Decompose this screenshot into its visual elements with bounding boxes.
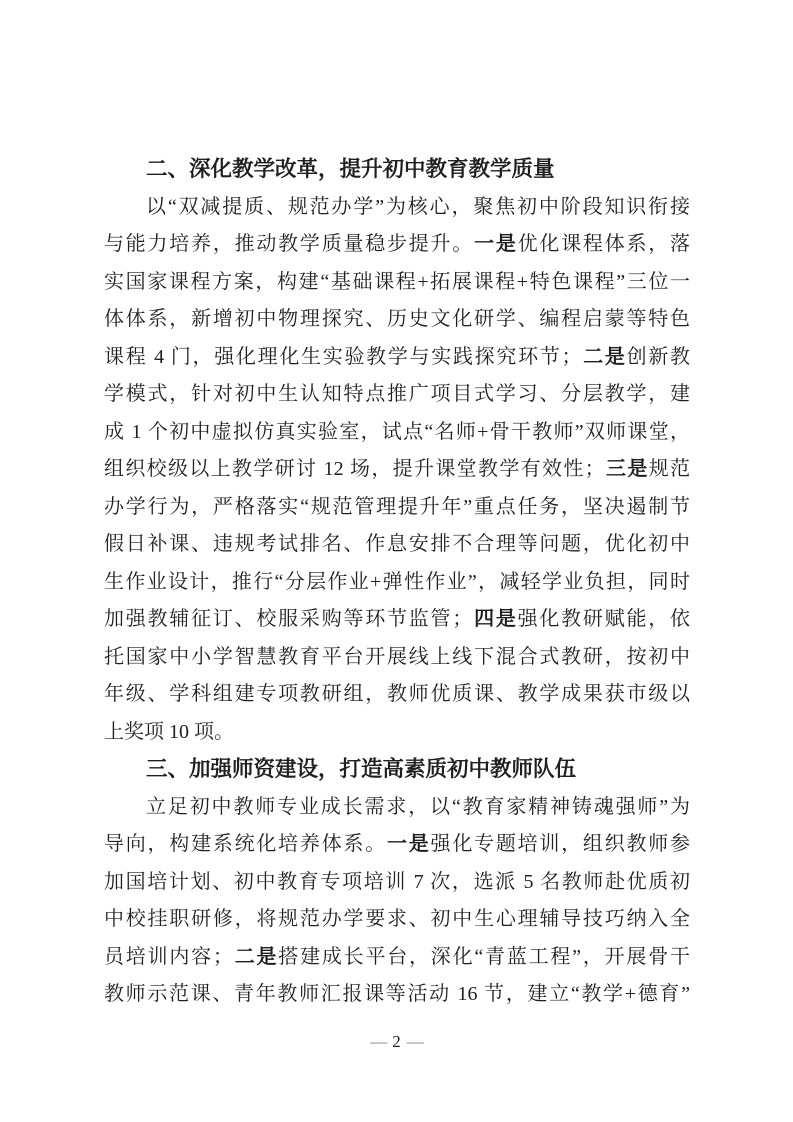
- body-text: 加强教辅征订、校服采购等环节监管；: [104, 608, 472, 630]
- page-number-dash: —: [407, 1032, 423, 1051]
- body-text: 实国家课程方案，构建“基础课程+拓展课程+特色课程”三位一: [104, 271, 690, 293]
- text-line: 导向，构建系统化培养体系。一是强化专题培训，组织教师参: [104, 826, 690, 864]
- body-text: 办学行为，严格落实“规范管理提升年”重点任务，坚决遏制节: [104, 496, 690, 518]
- text-line: 学模式，针对初中生认知特点推广项目式学习、分层教学，建: [104, 376, 690, 414]
- body-text: 假日补课、违规考试排名、作息安排不合理等问题，优化初中: [104, 533, 690, 555]
- emphasis-text: 一是: [387, 833, 431, 855]
- text-line: 中校挂职研修，将规范办学要求、初中生心理辅导技巧纳入全: [104, 901, 690, 939]
- body-text: 以“双减提质、规范办学”为核心，聚焦初中阶段知识衔接: [146, 196, 690, 218]
- body-text: 创新教: [627, 346, 690, 368]
- body-text: 教师示范课、青年教师汇报课等活动 16 节，建立“教学+德育”: [104, 983, 690, 1005]
- section-heading: 三、加强师资建设，打造高素质初中教师队伍: [104, 751, 690, 789]
- text-line: 教师示范课、青年教师汇报课等活动 16 节，建立“教学+德育”: [104, 976, 690, 1014]
- document-page: 二、深化教学改革，提升初中教育教学质量以“双减提质、规范办学”为核心，聚焦初中阶…: [0, 0, 793, 1122]
- text-line: 以“双减提质、规范办学”为核心，聚焦初中阶段知识衔接: [104, 189, 690, 227]
- emphasis-text: 二是: [233, 946, 278, 968]
- text-line: 生作业设计，推行“分层作业+弹性作业”，减轻学业负担，同时: [104, 564, 690, 602]
- body-text: 强化教研赋能，依: [518, 608, 690, 630]
- body-text: 年级、学科组建专项教研组，教师优质课、教学成果获市级以: [104, 683, 690, 705]
- body-text: 体体系，新增初中物理探究、历史文化研学、编程启蒙等特色: [104, 308, 690, 330]
- text-line: 办学行为，严格落实“规范管理提升年”重点任务，坚决遏制节: [104, 489, 690, 527]
- text-line: 与能力培养，推动教学质量稳步提升。一是优化课程体系，落: [104, 226, 690, 264]
- text-line: 实国家课程方案，构建“基础课程+拓展课程+特色课程”三位一: [104, 264, 690, 302]
- emphasis-text: 二是: [581, 346, 626, 368]
- page-number: 2: [392, 1032, 401, 1051]
- emphasis-text: 二、深化教学改革，提升初中教育教学质量: [146, 157, 555, 181]
- section-heading: 二、深化教学改革，提升初中教育教学质量: [104, 151, 690, 189]
- text-line: 员培训内容；二是搭建成长平台，深化“青蓝工程”，开展骨干: [104, 939, 690, 977]
- body-text: 成 1 个初中虚拟仿真实验室，试点“名师+骨干教师”双师课堂，: [104, 421, 690, 443]
- text-line: 加国培计划、初中教育专项培训 7 次，选派 5 名教师赴优质初: [104, 864, 690, 902]
- page-footer: —2—: [0, 1032, 793, 1052]
- text-line: 成 1 个初中虚拟仿真实验室，试点“名师+骨干教师”双师课堂，: [104, 414, 690, 452]
- text-line: 年级、学科组建专项教研组，教师优质课、教学成果获市级以: [104, 676, 690, 714]
- body-text: 规范: [649, 458, 690, 480]
- body-text: 加国培计划、初中教育专项培训 7 次，选派 5 名教师赴优质初: [104, 871, 690, 893]
- emphasis-text: 四是: [472, 608, 517, 630]
- emphasis-text: 三、加强师资建设，打造高素质初中教师队伍: [146, 757, 576, 781]
- text-line: 加强教辅征订、校服采购等环节监管；四是强化教研赋能，依: [104, 601, 690, 639]
- body-text: 课程 4 门，强化理化生实验教学与实践探究环节；: [104, 346, 581, 368]
- document-lines: 二、深化教学改革，提升初中教育教学质量以“双减提质、规范办学”为核心，聚焦初中阶…: [104, 151, 690, 1014]
- text-line: 上奖项 10 项。: [104, 714, 690, 752]
- body-text: 搭建成长平台，深化“青蓝工程”，开展骨干: [278, 946, 690, 968]
- body-text: 强化专题培训，组织教师参: [431, 833, 690, 855]
- page-number-dash: —: [370, 1032, 386, 1051]
- body-text: 组织校级以上教学研讨 12 场，提升课堂教学有效性；: [104, 458, 605, 480]
- text-line: 托国家中小学智慧教育平台开展线上线下混合式教研，按初中: [104, 639, 690, 677]
- body-text: 优化课程体系，落: [518, 233, 690, 255]
- text-line: 组织校级以上教学研讨 12 场，提升课堂教学有效性；三是规范: [104, 451, 690, 489]
- body-text: 上奖项 10 项。: [104, 721, 234, 743]
- body-text: 中校挂职研修，将规范办学要求、初中生心理辅导技巧纳入全: [104, 908, 690, 930]
- body-text: 生作业设计，推行“分层作业+弹性作业”，减轻学业负担，同时: [104, 571, 690, 593]
- emphasis-text: 三是: [605, 458, 649, 480]
- body-text: 托国家中小学智慧教育平台开展线上线下混合式教研，按初中: [104, 646, 690, 668]
- text-line: 假日补课、违规考试排名、作息安排不合理等问题，优化初中: [104, 526, 690, 564]
- text-line: 体体系，新增初中物理探究、历史文化研学、编程启蒙等特色: [104, 301, 690, 339]
- body-text: 导向，构建系统化培养体系。: [104, 833, 387, 855]
- body-text: 学模式，针对初中生认知特点推广项目式学习、分层教学，建: [104, 383, 690, 405]
- text-line: 课程 4 门，强化理化生实验教学与实践探究环节；二是创新教: [104, 339, 690, 377]
- text-line: 立足初中教师专业成长需求，以“教育家精神铸魂强师”为: [104, 789, 690, 827]
- body-text: 与能力培养，推动教学质量稳步提升。: [104, 233, 474, 255]
- emphasis-text: 一是: [474, 233, 518, 255]
- body-text: 员培训内容；: [104, 946, 233, 968]
- body-text: 立足初中教师专业成长需求，以“教育家精神铸魂强师”为: [146, 796, 690, 818]
